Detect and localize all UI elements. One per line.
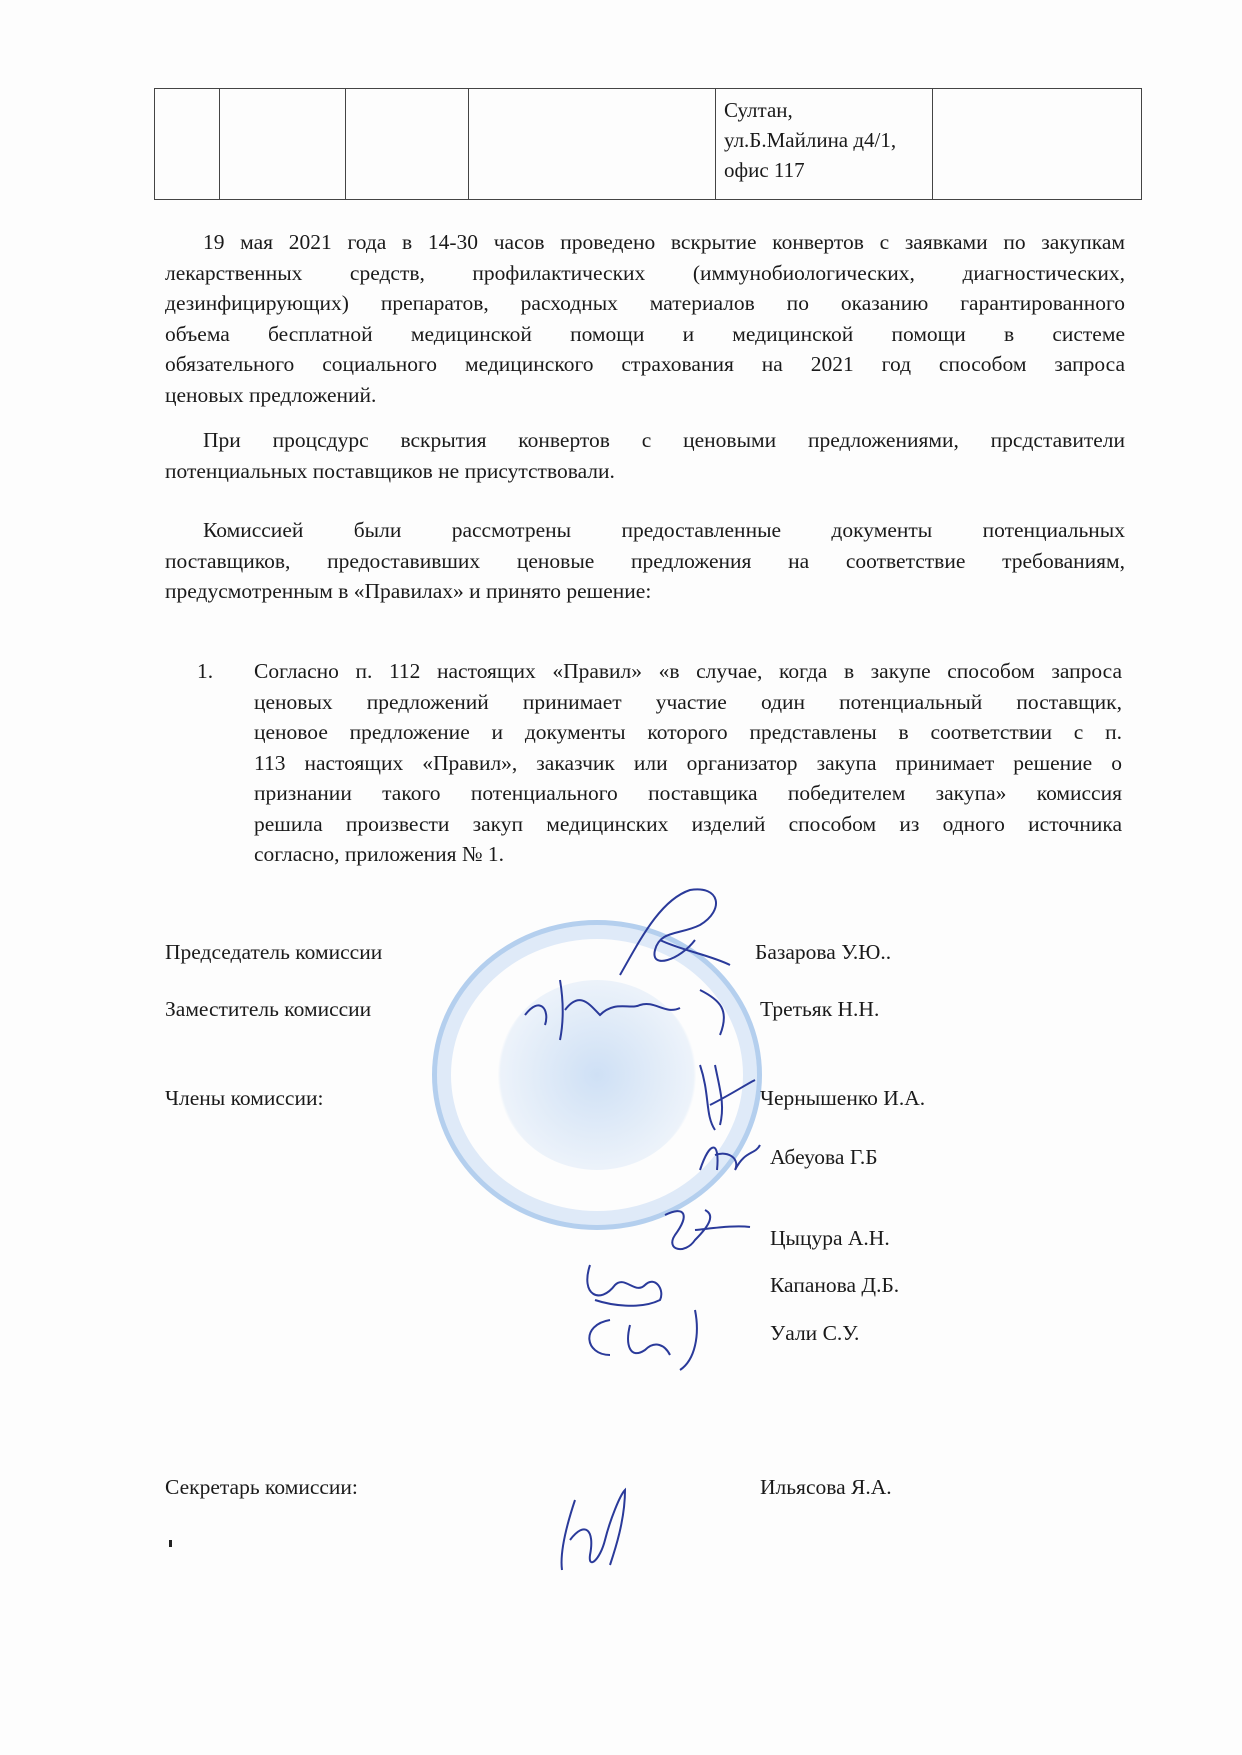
member-name: Капанова Д.Б. bbox=[770, 1273, 899, 1298]
secretary-label: Секретарь комиссии: bbox=[165, 1475, 358, 1500]
members-label: Члены комиссии: bbox=[165, 1086, 323, 1111]
signature-member-3 bbox=[635, 1200, 755, 1260]
table-cell bbox=[469, 89, 716, 200]
supplier-table-fragment: Султан, ул.Б.Майлина д4/1, офис 117 bbox=[154, 88, 1142, 200]
member-name: Чернышенко И.А. bbox=[760, 1086, 925, 1111]
member-name: Уали С.У. bbox=[770, 1321, 859, 1346]
text-line: ценовых предложений. bbox=[165, 380, 1125, 411]
text-line: При процсдурс вскрытия конвертов с ценов… bbox=[165, 425, 1125, 456]
signature-member-2 bbox=[695, 1130, 765, 1185]
text-line: Согласно п. 112 настоящих «Правил» «в сл… bbox=[254, 656, 1122, 687]
signature-member-1 bbox=[690, 1055, 760, 1135]
chair-label: Председатель комиссии bbox=[165, 940, 382, 965]
text-line: признании такого потенциального поставщи… bbox=[254, 778, 1122, 809]
text-line: 19 мая 2021 года в 14-30 часов проведено… bbox=[165, 227, 1125, 258]
table-cell bbox=[155, 89, 220, 200]
address-line: офис 117 bbox=[724, 155, 924, 185]
scan-artifact-dot bbox=[169, 1540, 172, 1547]
table-row: Султан, ул.Б.Майлина д4/1, офис 117 bbox=[155, 89, 1142, 200]
text-line: объема бесплатной медицинской помощи и м… bbox=[165, 319, 1125, 350]
text-line: 113 настоящих «Правил», заказчик или орг… bbox=[254, 748, 1122, 779]
text-line: Комиссией были рассмотрены предоставленн… bbox=[165, 515, 1125, 546]
address-line: Султан, bbox=[724, 95, 924, 125]
text-line: поставщиков, предоставивших ценовые пред… bbox=[165, 546, 1125, 577]
member-name: Цыцура А.Н. bbox=[770, 1226, 890, 1251]
text-line: решила произвести закуп медицинских изде… bbox=[254, 809, 1122, 840]
deputy-label: Заместитель комиссии bbox=[165, 997, 371, 1022]
decision-item: 1. Согласно п. 112 настоящих «Правил» «в… bbox=[202, 656, 1122, 870]
table-cell bbox=[933, 89, 1142, 200]
text-line: потенциальных поставщиков не присутствов… bbox=[165, 456, 1125, 487]
text-line: ценовое предложение и документы которого… bbox=[254, 717, 1122, 748]
text-line: лекарственных средств, профилактических … bbox=[165, 258, 1125, 289]
table-cell bbox=[220, 89, 346, 200]
member-name: Абеуова Г.Б bbox=[770, 1145, 878, 1170]
text-line: согласно, приложения № 1. bbox=[254, 839, 1122, 870]
text-line: обязательного социального медицинского с… bbox=[165, 349, 1125, 380]
chair-name: Базарова У.Ю.. bbox=[755, 940, 891, 965]
secretary-name: Ильясова Я.А. bbox=[760, 1475, 892, 1500]
list-number: 1. bbox=[197, 656, 213, 687]
decision-text: Согласно п. 112 настоящих «Правил» «в сл… bbox=[254, 656, 1122, 870]
signature-secretary bbox=[540, 1480, 650, 1580]
text-line: предусмотренным в «Правилах» и принято р… bbox=[165, 576, 1125, 607]
table-cell bbox=[346, 89, 469, 200]
document-page: Султан, ул.Б.Майлина д4/1, офис 117 19 м… bbox=[0, 0, 1242, 1755]
paragraph-review: Комиссией были рассмотрены предоставленн… bbox=[165, 515, 1125, 607]
text-line: ценовых предложений принимает участие од… bbox=[254, 687, 1122, 718]
address-line: ул.Б.Майлина д4/1, bbox=[724, 125, 924, 155]
paragraph-attendance: При процсдурс вскрытия конвертов с ценов… bbox=[165, 425, 1125, 486]
address-cell: Султан, ул.Б.Майлина д4/1, офис 117 bbox=[716, 89, 933, 200]
paragraph-opening: 19 мая 2021 года в 14-30 часов проведено… bbox=[165, 227, 1125, 410]
signature-deputy bbox=[520, 960, 750, 1050]
text-line: дезинфицирующих) препаратов, расходных м… bbox=[165, 288, 1125, 319]
deputy-name: Третьяк Н.Н. bbox=[760, 997, 879, 1022]
signature-member-5 bbox=[570, 1305, 710, 1375]
